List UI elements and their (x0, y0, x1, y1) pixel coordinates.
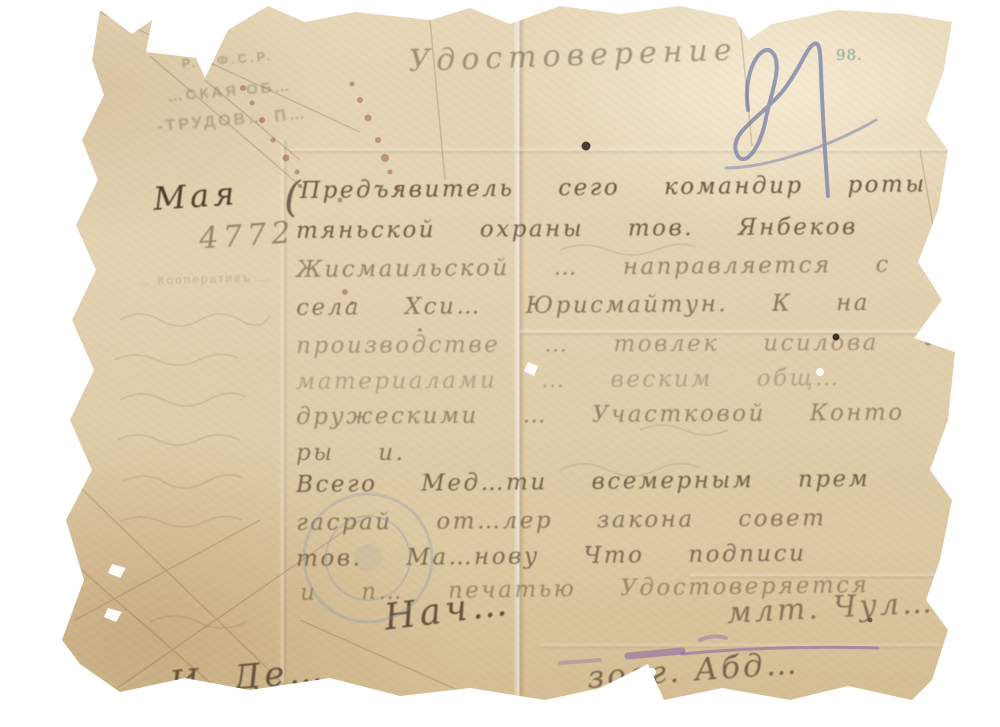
round-ink-stamp (304, 494, 432, 622)
scanned-document: Р.С.Ф.С.Р. …СКАЯ ОБ… -ТРУДОВ… П… 98. Удо… (0, 0, 1000, 727)
marks-overlay (0, 0, 1000, 727)
purple-pencil-strokes (0, 636, 878, 683)
blue-pencil-scribble (726, 44, 876, 196)
ink-blots (582, 142, 873, 623)
paper-sheet: Р.С.Ф.С.Р. …СКАЯ ОБ… -ТРУДОВ… П… 98. Удо… (0, 0, 1000, 727)
bleedthrough-squiggles (115, 244, 728, 628)
